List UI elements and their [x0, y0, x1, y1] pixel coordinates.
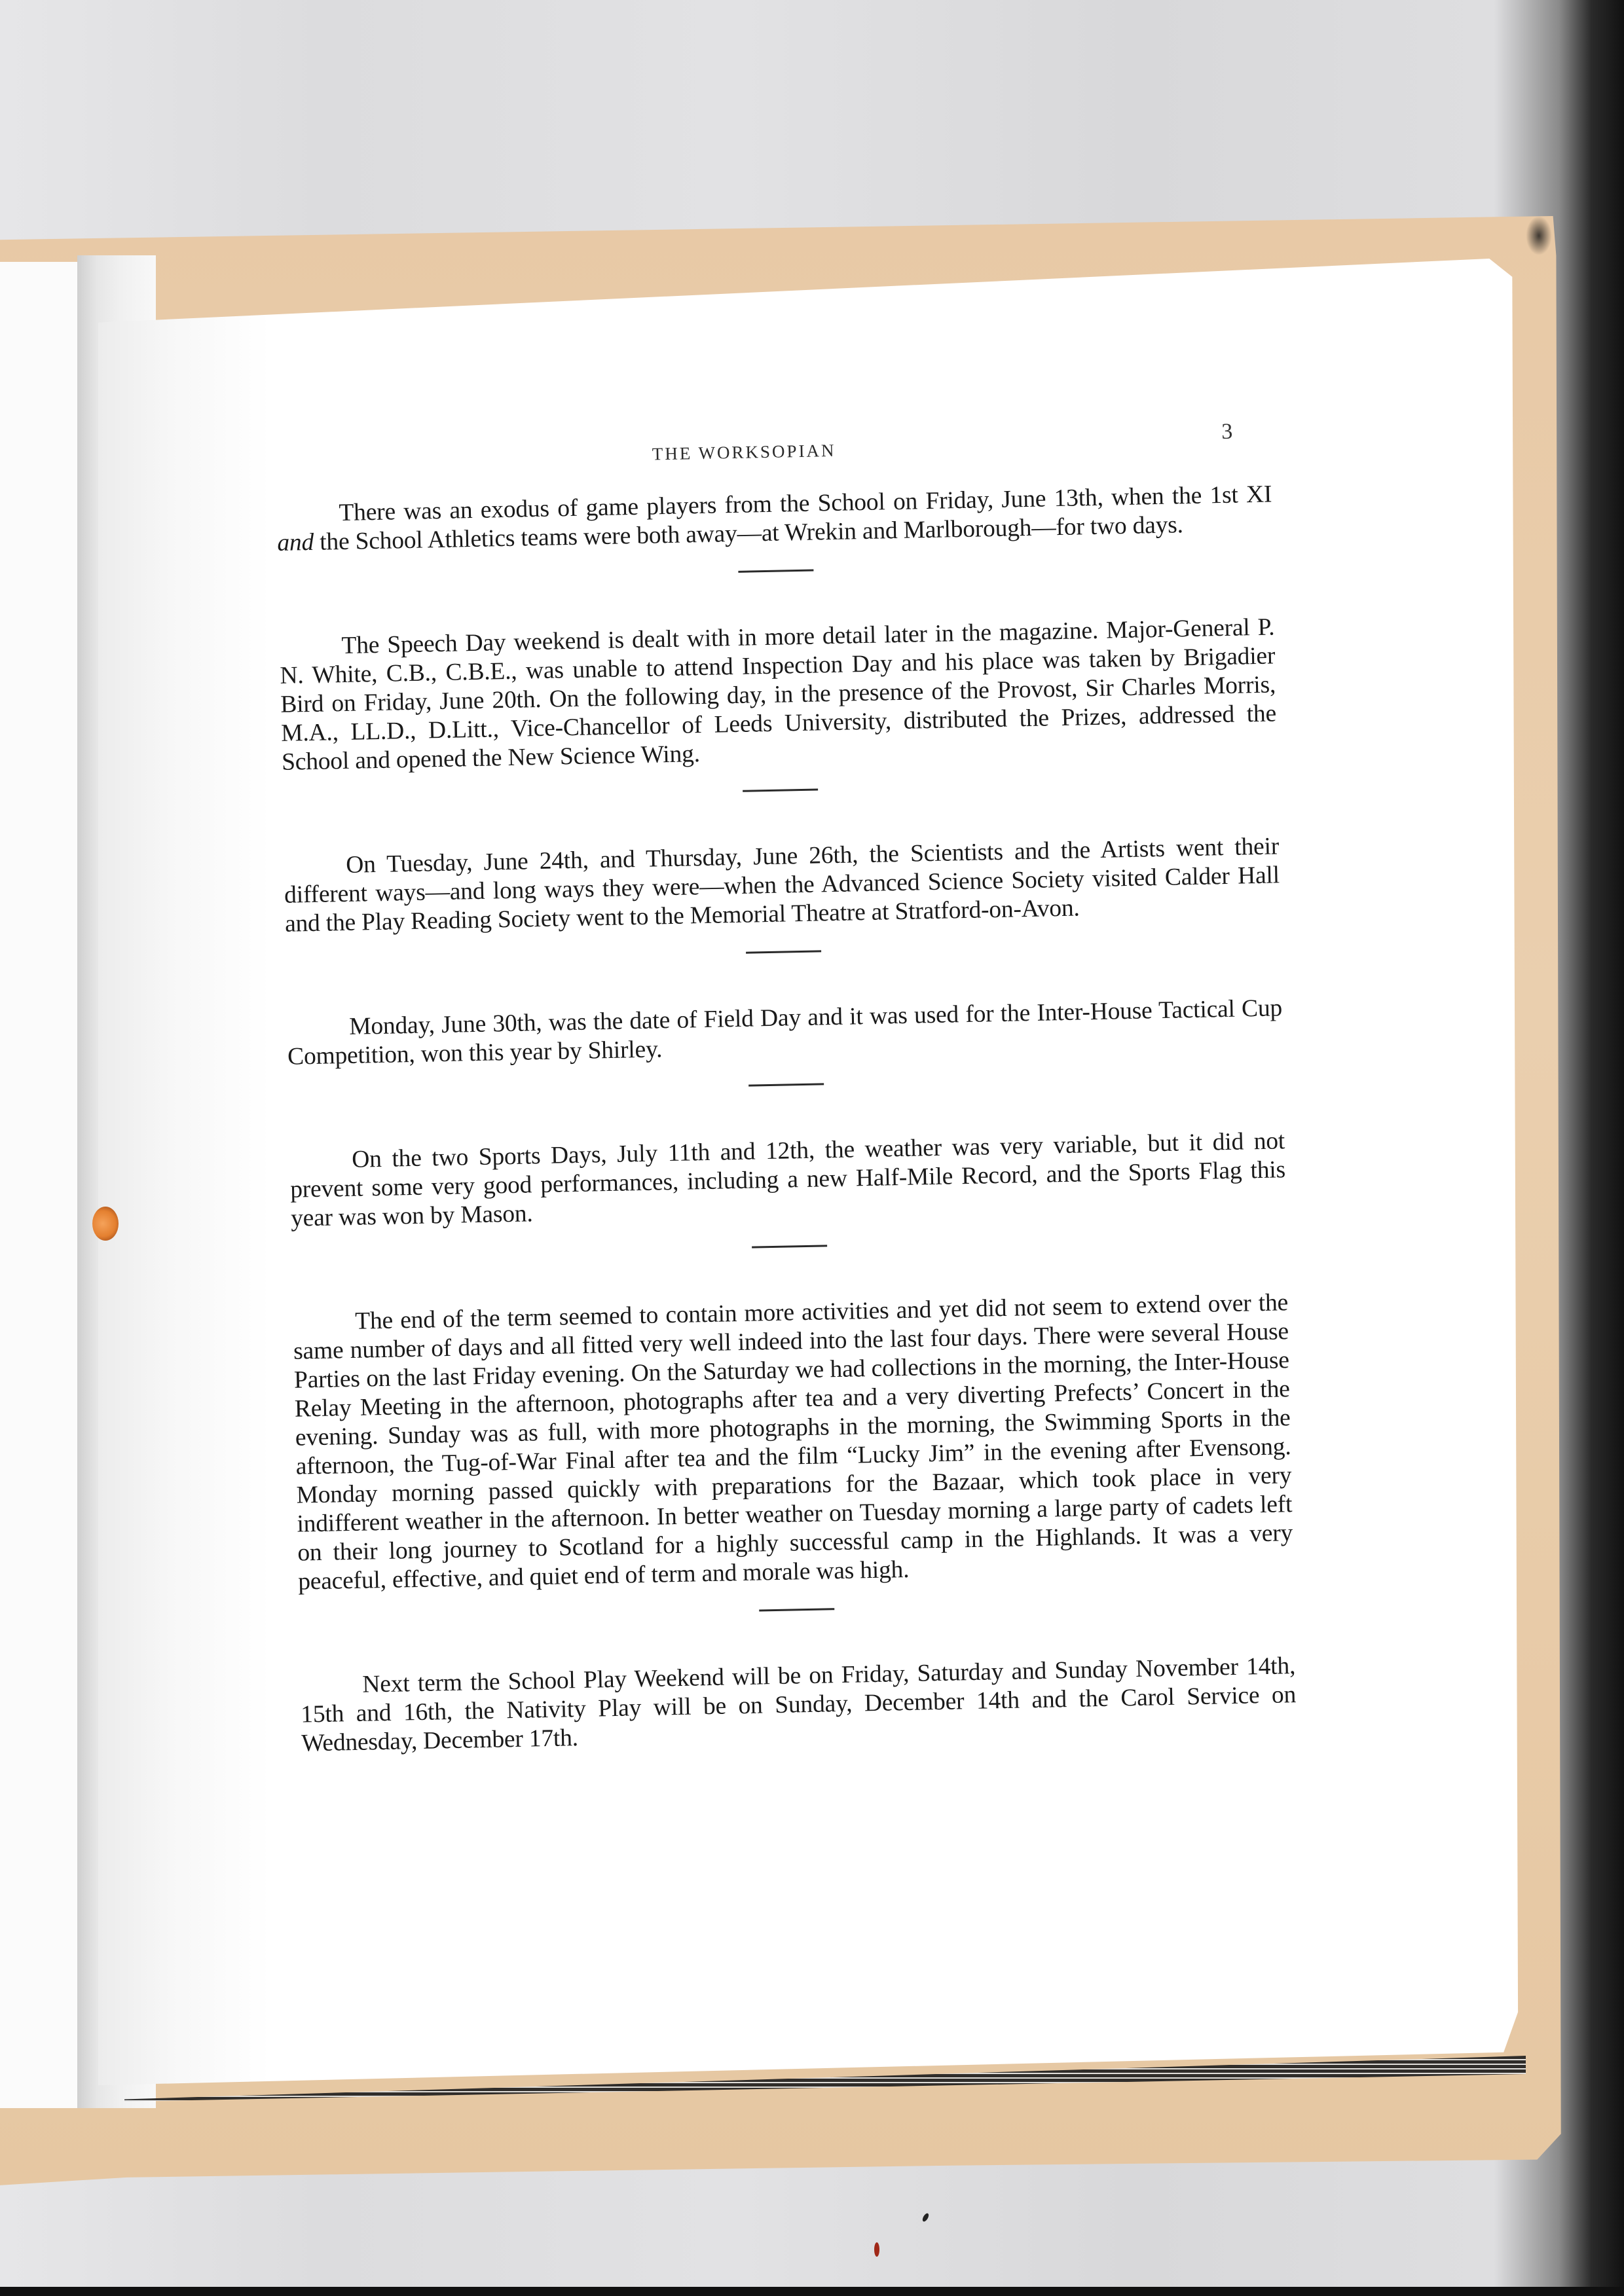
paragraph-end-of-term: The end of the term seemed to contain mo…: [293, 1288, 1294, 1596]
emphasis-and: and: [277, 529, 314, 556]
scanner-edge: [0, 2287, 1624, 2296]
page-content: THE WORKSOPIAN 3 There was an exodus of …: [275, 412, 1297, 1758]
red-speck-mark: [874, 2242, 879, 2257]
running-title: THE WORKSOPIAN: [652, 441, 836, 465]
left-facing-page: [0, 262, 82, 2108]
page-number: 3: [1221, 420, 1233, 445]
paragraph-speech-day: The Speech Day weekend is dealt with in …: [279, 613, 1277, 776]
cover-corner-shadow: [1526, 216, 1552, 255]
orange-stain-mark: [92, 1207, 119, 1241]
dark-speck-mark: [921, 2212, 930, 2223]
